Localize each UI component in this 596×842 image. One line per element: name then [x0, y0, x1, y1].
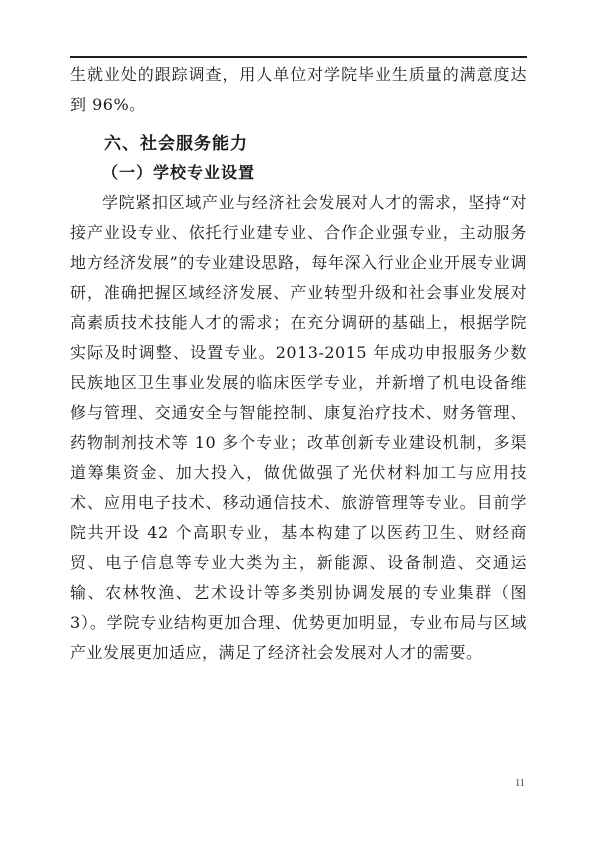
table-bottom-rule [70, 56, 527, 58]
page-number: 11 [510, 778, 530, 789]
paragraph-continuation: 生就业处的跟踪调查，用人单位对学院毕业生质量的满意度达到 96%。 [70, 60, 527, 120]
content-area: 生就业处的跟踪调查，用人单位对学院毕业生质量的满意度达到 96%。 六、社会服务… [70, 56, 527, 668]
paragraph-body: 学院紧扣区域产业与经济社会发展对人才的需求，坚持“对接产业设专业、依托行业建专业… [70, 188, 527, 668]
subsection-heading: （一）学校专业设置 [70, 160, 527, 188]
document-page: 生就业处的跟踪调查，用人单位对学院毕业生质量的满意度达到 96%。 六、社会服务… [0, 0, 596, 842]
section-heading: 六、社会服务能力 [70, 128, 527, 160]
